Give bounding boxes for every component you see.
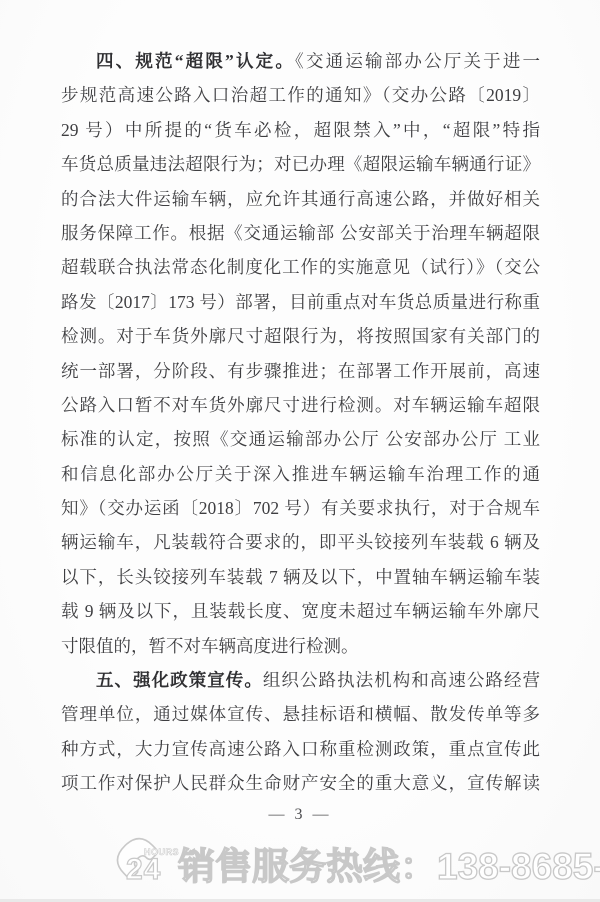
document-body: 四、规范“超限”认定。《交通运输部办公厅关于进一 步规范高速公路入口治超工作的通… [61, 44, 540, 801]
document-line: 管理单位，通过媒体宣传、悬挂标语和横幅、散发传单等多 [61, 697, 540, 731]
section4-line-rest: 《交通运输部办公厅关于进一 [295, 51, 540, 71]
document-line: 寸限值的，暂不对车辆高度进行检测。 [61, 629, 540, 663]
document-line: 车货总质量违法超限行为；对已办理《超限运输车辆通行证》 [61, 147, 540, 181]
document-line: 检测。对于车货外廓尺寸超限行为，将按照国家有关部门的 [61, 319, 540, 353]
scanned-document-page: 四、规范“超限”认定。《交通运输部办公厅关于进一 步规范高速公路入口治超工作的通… [0, 0, 600, 902]
document-line: 以下，长头铰接列车装载 7 辆及以下，中置轴车辆运输车装 [61, 560, 540, 594]
document-line: 标准的认定，按照《交通运输部办公厅 公安部办公厅 工业 [61, 422, 540, 456]
section5-line-rest: 组织公路执法机构和高速公路经营 [263, 670, 540, 690]
section4-heading: 四、规范“超限”认定。 [96, 51, 295, 71]
page-number: — 3 — [0, 806, 600, 824]
document-line: 辆运输车，凡装载符合要求的，即平头铰接列车装载 6 辆及 [61, 525, 540, 559]
24-hours-phone-icon: HOURS 24 [108, 829, 170, 897]
hotline-text: 销售服务热线：138-8685-8599 [178, 836, 600, 890]
document-line: 四、规范“超限”认定。《交通运输部办公厅关于进一 [61, 44, 540, 78]
24-badge: 24 [126, 855, 161, 885]
document-line: 种方式，大力宣传高速公路入口称重检测政策，重点宣传此 [61, 732, 540, 766]
document-line: 路发〔2017〕173 号）部署，目前重点对车货总质量进行称重 [61, 285, 540, 319]
document-line: 五、强化政策宣传。组织公路执法机构和高速公路经营 [61, 663, 540, 697]
section5-heading: 五、强化政策宣传。 [96, 670, 263, 690]
document-line: 项工作对保护人民群众生命财产安全的重大意义，宣传解读 [61, 766, 540, 800]
document-line: 服务保障工作。根据《交通运输部 公安部关于治理车辆超限 [61, 216, 540, 250]
document-line: 载 9 辆及以下，且装载长度、宽度未超过车辆运输车外廓尺 [61, 594, 540, 628]
document-line: 的合法大件运输车辆，应允许其通行高速公路，并做好相关 [61, 182, 540, 216]
document-line: 知》（交办运函〔2018〕702 号）有关要求执行，对于合规车 [61, 491, 540, 525]
hotline-watermark: HOURS 24 销售服务热线：138-8685-8599 [0, 826, 600, 900]
document-line: 公路入口暂不对车货外廓尺寸进行检测。对车辆运输车超限 [61, 388, 540, 422]
document-line: 统一部署，分阶段、有步骤推进；在部署工作开展前，高速 [61, 354, 540, 388]
document-line: 超载联合执法常态化制度化工作的实施意见（试行）》（交公 [61, 250, 540, 284]
document-line: 和信息化部办公厅关于深入推进车辆运输车治理工作的通 [61, 457, 540, 491]
document-line: 步规范高速公路入口治超工作的通知》（交办公路〔2019〕 [61, 78, 540, 112]
document-line: 29 号）中所提的“货车必检，超限禁入”中，“超限”特指 [61, 113, 540, 147]
